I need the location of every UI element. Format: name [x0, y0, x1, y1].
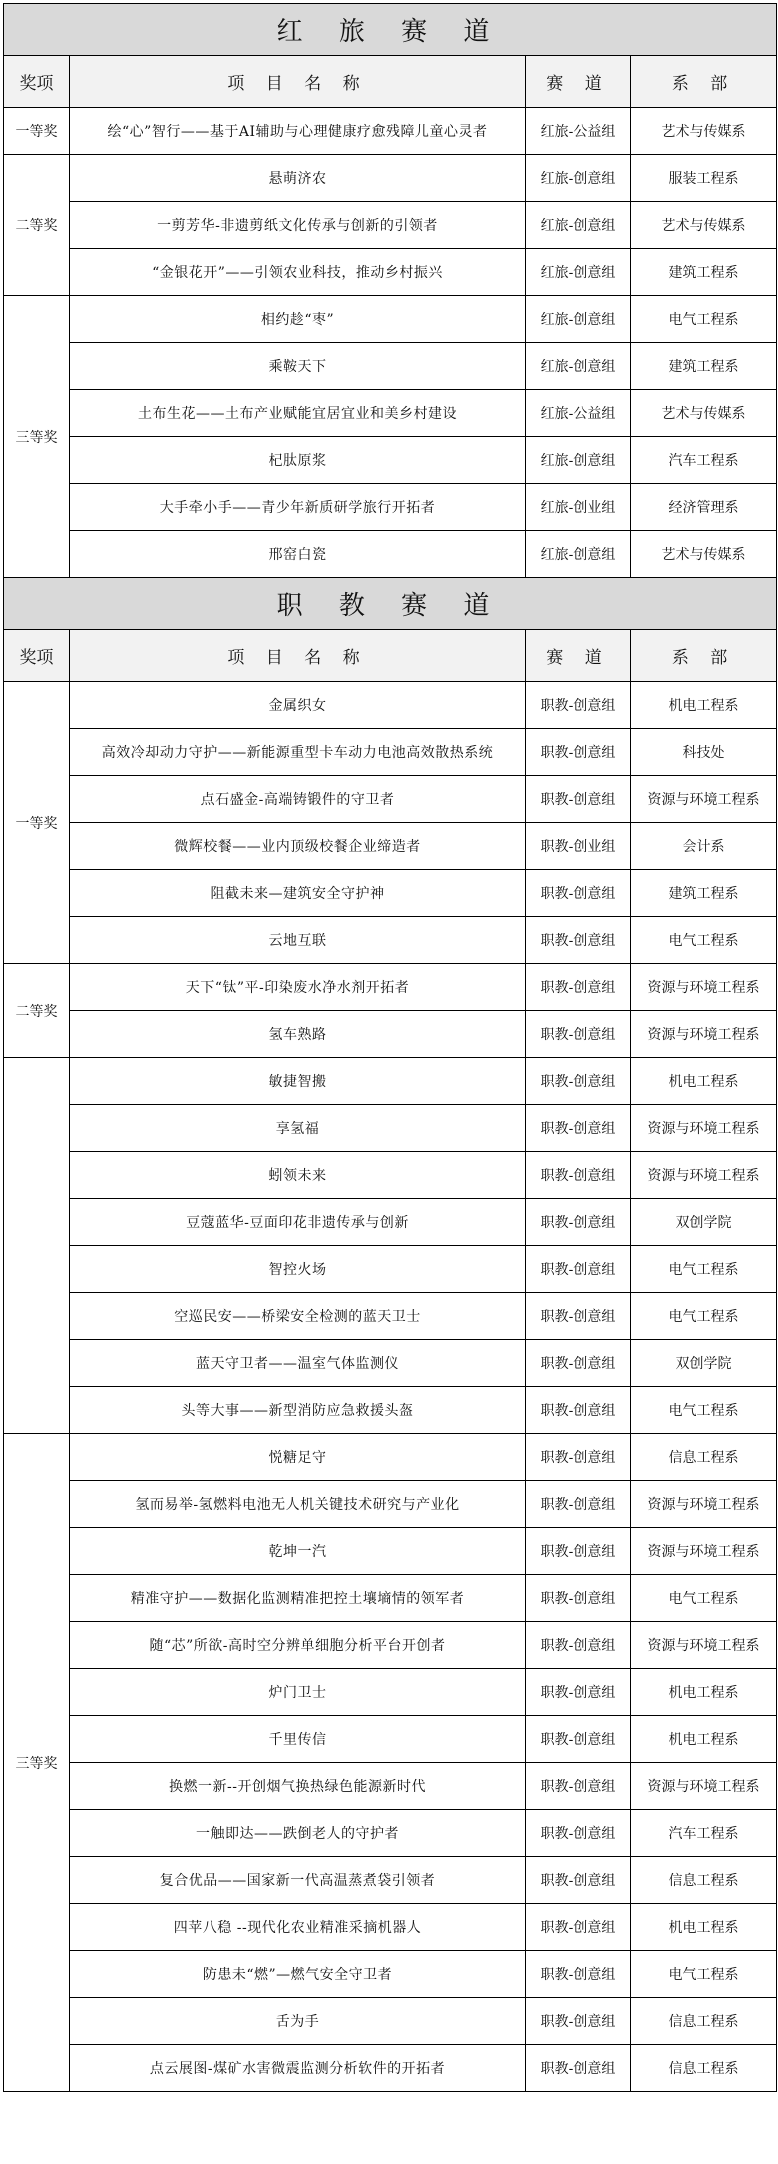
project-name-cell: 邢窑白瓷 — [70, 531, 526, 578]
department-cell: 艺术与传媒系 — [631, 390, 777, 437]
project-name-cell: 相约趁“枣” — [70, 296, 526, 343]
table-row: 二等奖天下“钛”平-印染废水净水剂开拓者职教-创意组资源与环境工程系 — [4, 964, 777, 1011]
department-cell: 机电工程系 — [631, 1716, 777, 1763]
track-cell: 职教-创意组 — [526, 1622, 631, 1669]
department-cell: 电气工程系 — [631, 917, 777, 964]
header-award: 奖项 — [4, 56, 70, 108]
track-cell: 职教-创意组 — [526, 682, 631, 729]
section-title-row: 红 旅 赛 道 — [4, 4, 777, 56]
table-row: 头等大事——新型消防应急救援头盔职教-创意组电气工程系 — [4, 1387, 777, 1434]
table-row: 点石盛金-高端铸锻件的守卫者职教-创意组资源与环境工程系 — [4, 776, 777, 823]
track-cell: 职教-创意组 — [526, 1011, 631, 1058]
track-cell: 红旅-创意组 — [526, 296, 631, 343]
department-cell: 艺术与传媒系 — [631, 108, 777, 155]
table-row: 三等奖相约趁“枣”红旅-创意组电气工程系 — [4, 296, 777, 343]
project-name-cell: 氢而易举-氢燃料电池无人机关键技术研究与产业化 — [70, 1481, 526, 1528]
table-row: 二等奖悬萌济农红旅-创意组服装工程系 — [4, 155, 777, 202]
department-cell: 资源与环境工程系 — [631, 1528, 777, 1575]
department-cell: 资源与环境工程系 — [631, 1152, 777, 1199]
project-name-cell: 悦糖足守 — [70, 1434, 526, 1481]
project-name-cell: 随“芯”所欲-高时空分辨单细胞分析平台开创者 — [70, 1622, 526, 1669]
header-department: 系 部 — [631, 630, 777, 682]
track-cell: 红旅-创意组 — [526, 155, 631, 202]
track-cell: 职教-创意组 — [526, 1434, 631, 1481]
department-cell: 汽车工程系 — [631, 437, 777, 484]
header-department: 系 部 — [631, 56, 777, 108]
table-row: 敏捷智搬职教-创意组机电工程系 — [4, 1058, 777, 1105]
track-cell: 红旅-创意组 — [526, 249, 631, 296]
table-row: 换燃一新--开创烟气换热绿色能源新时代职教-创意组资源与环境工程系 — [4, 1763, 777, 1810]
department-cell: 信息工程系 — [631, 2045, 777, 2092]
track-cell: 职教-创意组 — [526, 1857, 631, 1904]
project-name-cell: 杞肽原浆 — [70, 437, 526, 484]
awards-document: 红 旅 赛 道奖项项 目 名 称赛 道系 部一等奖绘“心”智行——基于AI辅助与… — [3, 3, 776, 2092]
department-cell: 电气工程系 — [631, 1951, 777, 1998]
table-row: 三等奖悦糖足守职教-创意组信息工程系 — [4, 1434, 777, 1481]
department-cell: 汽车工程系 — [631, 1810, 777, 1857]
award-level-cell: 二等奖 — [4, 964, 70, 1058]
track-cell: 职教-创意组 — [526, 1199, 631, 1246]
project-name-cell: 四苹八稳 --现代化农业精准采摘机器人 — [70, 1904, 526, 1951]
track-cell: 职教-创意组 — [526, 1058, 631, 1105]
department-cell: 机电工程系 — [631, 1904, 777, 1951]
table-row: 氢而易举-氢燃料电池无人机关键技术研究与产业化职教-创意组资源与环境工程系 — [4, 1481, 777, 1528]
department-cell: 资源与环境工程系 — [631, 1622, 777, 1669]
project-name-cell: 换燃一新--开创烟气换热绿色能源新时代 — [70, 1763, 526, 1810]
table-row: 享氢福职教-创意组资源与环境工程系 — [4, 1105, 777, 1152]
track-cell: 职教-创意组 — [526, 1528, 631, 1575]
table-row: 云地互联职教-创意组电气工程系 — [4, 917, 777, 964]
track-cell: 红旅-创意组 — [526, 531, 631, 578]
track-cell: 红旅-创意组 — [526, 437, 631, 484]
header-track: 赛 道 — [526, 630, 631, 682]
track-cell: 职教-创意组 — [526, 729, 631, 776]
table-row: 一等奖金属织女职教-创意组机电工程系 — [4, 682, 777, 729]
table-row: 智控火场职教-创意组电气工程系 — [4, 1246, 777, 1293]
department-cell: 艺术与传媒系 — [631, 202, 777, 249]
header-award: 奖项 — [4, 630, 70, 682]
award-level-cell: 三等奖 — [4, 1434, 70, 2092]
department-cell: 资源与环境工程系 — [631, 964, 777, 1011]
department-cell: 艺术与传媒系 — [631, 531, 777, 578]
department-cell: 机电工程系 — [631, 682, 777, 729]
table-row: 豆蔻蓝华-豆面印花非遗传承与创新职教-创意组双创学院 — [4, 1199, 777, 1246]
project-name-cell: 一剪芳华-非遗剪纸文化传承与创新的引领者 — [70, 202, 526, 249]
department-cell: 信息工程系 — [631, 1434, 777, 1481]
project-name-cell: 悬萌济农 — [70, 155, 526, 202]
department-cell: 服装工程系 — [631, 155, 777, 202]
department-cell: 电气工程系 — [631, 1575, 777, 1622]
award-level-cell: 三等奖 — [4, 296, 70, 578]
project-name-cell: 享氢福 — [70, 1105, 526, 1152]
track-cell: 职教-创意组 — [526, 1575, 631, 1622]
project-name-cell: 敏捷智搬 — [70, 1058, 526, 1105]
table-row: 乘鞍天下红旅-创意组建筑工程系 — [4, 343, 777, 390]
department-cell: 电气工程系 — [631, 296, 777, 343]
track-cell: 职教-创意组 — [526, 917, 631, 964]
track-cell: 职教-创意组 — [526, 1481, 631, 1528]
department-cell: 会计系 — [631, 823, 777, 870]
track-cell: 职教-创意组 — [526, 1904, 631, 1951]
section-title: 职 教 赛 道 — [4, 578, 777, 630]
table-row: “金银花开”——引领农业科技，推动乡村振兴红旅-创意组建筑工程系 — [4, 249, 777, 296]
awards-table: 红 旅 赛 道奖项项 目 名 称赛 道系 部一等奖绘“心”智行——基于AI辅助与… — [3, 3, 777, 2092]
table-row: 杞肽原浆红旅-创意组汽车工程系 — [4, 437, 777, 484]
project-name-cell: 点石盛金-高端铸锻件的守卫者 — [70, 776, 526, 823]
track-cell: 职教-创意组 — [526, 1340, 631, 1387]
track-cell: 职教-创意组 — [526, 1293, 631, 1340]
project-name-cell: 空巡民安——桥梁安全检测的蓝天卫士 — [70, 1293, 526, 1340]
column-header-row: 奖项项 目 名 称赛 道系 部 — [4, 630, 777, 682]
project-name-cell: 土布生花——土布产业赋能宜居宜业和美乡村建设 — [70, 390, 526, 437]
table-row: 邢窑白瓷红旅-创意组艺术与传媒系 — [4, 531, 777, 578]
track-cell: 职教-创意组 — [526, 2045, 631, 2092]
project-name-cell: 头等大事——新型消防应急救援头盔 — [70, 1387, 526, 1434]
project-name-cell: “金银花开”——引领农业科技，推动乡村振兴 — [70, 249, 526, 296]
table-row: 四苹八稳 --现代化农业精准采摘机器人职教-创意组机电工程系 — [4, 1904, 777, 1951]
table-row: 大手牵小手——青少年新质研学旅行开拓者红旅-创业组经济管理系 — [4, 484, 777, 531]
department-cell: 资源与环境工程系 — [631, 1105, 777, 1152]
project-name-cell: 智控火场 — [70, 1246, 526, 1293]
project-name-cell: 大手牵小手——青少年新质研学旅行开拓者 — [70, 484, 526, 531]
project-name-cell: 乾坤一汽 — [70, 1528, 526, 1575]
department-cell: 电气工程系 — [631, 1246, 777, 1293]
track-cell: 职教-创意组 — [526, 1152, 631, 1199]
track-cell: 职教-创意组 — [526, 870, 631, 917]
department-cell: 建筑工程系 — [631, 343, 777, 390]
table-row: 一触即达——跌倒老人的守护者职教-创意组汽车工程系 — [4, 1810, 777, 1857]
table-row: 一剪芳华-非遗剪纸文化传承与创新的引领者红旅-创意组艺术与传媒系 — [4, 202, 777, 249]
department-cell: 双创学院 — [631, 1199, 777, 1246]
track-cell: 职教-创意组 — [526, 964, 631, 1011]
department-cell: 双创学院 — [631, 1340, 777, 1387]
project-name-cell: 微辉校餐——业内顶级校餐企业缔造者 — [70, 823, 526, 870]
table-row: 氢车熟路职教-创意组资源与环境工程系 — [4, 1011, 777, 1058]
table-row: 炉门卫士职教-创意组机电工程系 — [4, 1669, 777, 1716]
project-name-cell: 蚓领未来 — [70, 1152, 526, 1199]
department-cell: 机电工程系 — [631, 1669, 777, 1716]
project-name-cell: 金属织女 — [70, 682, 526, 729]
project-name-cell: 云地互联 — [70, 917, 526, 964]
track-cell: 职教-创意组 — [526, 776, 631, 823]
track-cell: 红旅-创意组 — [526, 202, 631, 249]
project-name-cell: 点云展图-煤矿水害微震监测分析软件的开拓者 — [70, 2045, 526, 2092]
table-row: 复合优品——国家新一代高温蒸煮袋引领者职教-创意组信息工程系 — [4, 1857, 777, 1904]
track-cell: 职教-创意组 — [526, 1716, 631, 1763]
track-cell: 职教-创业组 — [526, 823, 631, 870]
project-name-cell: 高效冷却动力守护——新能源重型卡车动力电池高效散热系统 — [70, 729, 526, 776]
department-cell: 建筑工程系 — [631, 249, 777, 296]
project-name-cell: 蓝天守卫者——温室气体监测仪 — [70, 1340, 526, 1387]
project-name-cell: 乘鞍天下 — [70, 343, 526, 390]
track-cell: 红旅-公益组 — [526, 390, 631, 437]
table-row: 微辉校餐——业内顶级校餐企业缔造者职教-创业组会计系 — [4, 823, 777, 870]
department-cell: 信息工程系 — [631, 1857, 777, 1904]
project-name-cell: 天下“钛”平-印染废水净水剂开拓者 — [70, 964, 526, 1011]
project-name-cell: 豆蔻蓝华-豆面印花非遗传承与创新 — [70, 1199, 526, 1246]
track-cell: 职教-创意组 — [526, 1387, 631, 1434]
header-project-name: 项 目 名 称 — [70, 630, 526, 682]
table-row: 空巡民安——桥梁安全检测的蓝天卫士职教-创意组电气工程系 — [4, 1293, 777, 1340]
header-project-name: 项 目 名 称 — [70, 56, 526, 108]
track-cell: 红旅-创业组 — [526, 484, 631, 531]
award-level-cell — [4, 1058, 70, 1434]
table-row: 土布生花——土布产业赋能宜居宜业和美乡村建设红旅-公益组艺术与传媒系 — [4, 390, 777, 437]
project-name-cell: 复合优品——国家新一代高温蒸煮袋引领者 — [70, 1857, 526, 1904]
table-row: 随“芯”所欲-高时空分辨单细胞分析平台开创者职教-创意组资源与环境工程系 — [4, 1622, 777, 1669]
track-cell: 职教-创意组 — [526, 1105, 631, 1152]
project-name-cell: 千里传信 — [70, 1716, 526, 1763]
table-row: 精准守护——数据化监测精准把控土壤墒情的领军者职教-创意组电气工程系 — [4, 1575, 777, 1622]
section-title-row: 职 教 赛 道 — [4, 578, 777, 630]
award-level-cell: 二等奖 — [4, 155, 70, 296]
project-name-cell: 绘“心”智行——基于AI辅助与心理健康疗愈残障儿童心灵者 — [70, 108, 526, 155]
department-cell: 建筑工程系 — [631, 870, 777, 917]
department-cell: 电气工程系 — [631, 1293, 777, 1340]
department-cell: 机电工程系 — [631, 1058, 777, 1105]
table-row: 蓝天守卫者——温室气体监测仪职教-创意组双创学院 — [4, 1340, 777, 1387]
table-row: 蚓领未来职教-创意组资源与环境工程系 — [4, 1152, 777, 1199]
table-row: 乾坤一汽职教-创意组资源与环境工程系 — [4, 1528, 777, 1575]
project-name-cell: 舌为手 — [70, 1998, 526, 2045]
track-cell: 职教-创意组 — [526, 1998, 631, 2045]
table-row: 千里传信职教-创意组机电工程系 — [4, 1716, 777, 1763]
track-cell: 红旅-创意组 — [526, 343, 631, 390]
department-cell: 信息工程系 — [631, 1998, 777, 2045]
department-cell: 资源与环境工程系 — [631, 1763, 777, 1810]
track-cell: 红旅-公益组 — [526, 108, 631, 155]
table-row: 一等奖绘“心”智行——基于AI辅助与心理健康疗愈残障儿童心灵者红旅-公益组艺术与… — [4, 108, 777, 155]
project-name-cell: 精准守护——数据化监测精准把控土壤墒情的领军者 — [70, 1575, 526, 1622]
department-cell: 资源与环境工程系 — [631, 776, 777, 823]
department-cell: 科技处 — [631, 729, 777, 776]
column-header-row: 奖项项 目 名 称赛 道系 部 — [4, 56, 777, 108]
department-cell: 资源与环境工程系 — [631, 1011, 777, 1058]
track-cell: 职教-创意组 — [526, 1763, 631, 1810]
project-name-cell: 阻截未来—建筑安全守护神 — [70, 870, 526, 917]
department-cell: 资源与环境工程系 — [631, 1481, 777, 1528]
table-row: 防患未“燃”—燃气安全守卫者职教-创意组电气工程系 — [4, 1951, 777, 1998]
project-name-cell: 炉门卫士 — [70, 1669, 526, 1716]
header-track: 赛 道 — [526, 56, 631, 108]
award-level-cell: 一等奖 — [4, 108, 70, 155]
project-name-cell: 一触即达——跌倒老人的守护者 — [70, 1810, 526, 1857]
track-cell: 职教-创意组 — [526, 1246, 631, 1293]
table-row: 阻截未来—建筑安全守护神职教-创意组建筑工程系 — [4, 870, 777, 917]
department-cell: 经济管理系 — [631, 484, 777, 531]
project-name-cell: 防患未“燃”—燃气安全守卫者 — [70, 1951, 526, 1998]
track-cell: 职教-创意组 — [526, 1810, 631, 1857]
table-row: 点云展图-煤矿水害微震监测分析软件的开拓者职教-创意组信息工程系 — [4, 2045, 777, 2092]
award-level-cell: 一等奖 — [4, 682, 70, 964]
table-row: 舌为手职教-创意组信息工程系 — [4, 1998, 777, 2045]
department-cell: 电气工程系 — [631, 1387, 777, 1434]
section-title: 红 旅 赛 道 — [4, 4, 777, 56]
track-cell: 职教-创意组 — [526, 1669, 631, 1716]
project-name-cell: 氢车熟路 — [70, 1011, 526, 1058]
table-row: 高效冷却动力守护——新能源重型卡车动力电池高效散热系统职教-创意组科技处 — [4, 729, 777, 776]
track-cell: 职教-创意组 — [526, 1951, 631, 1998]
